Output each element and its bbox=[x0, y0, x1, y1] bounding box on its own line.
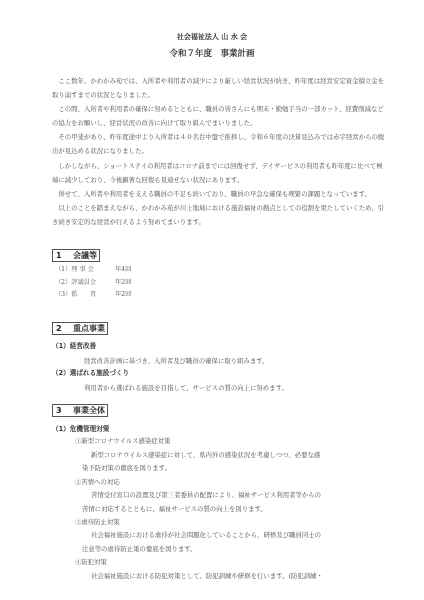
item-text: 苦情受付窓口の設置及び第三者委員の配置により、福祉サービス利用者等からの bbox=[91, 490, 321, 499]
meeting-row: （3）監 査年2回 bbox=[55, 289, 131, 302]
item-title: ①新型コロナウイルス感染症対策 bbox=[75, 436, 170, 445]
intro-paragraph: この間、入所者や利用者の確保に努めるとともに、職員の皆さんにも期末・勤勉手当の一… bbox=[52, 102, 388, 130]
item-title: ②苦情への対応 bbox=[75, 477, 120, 486]
item-text: 注意等の虐待防止策の徹底を図ります。 bbox=[82, 544, 197, 553]
subsection-heading: （1）経営改善 bbox=[52, 340, 96, 350]
intro-paragraph: 併せて、入所者や利用者を支える職員の不足も続いており、職員の早急な確保も喫緊の課… bbox=[52, 187, 388, 201]
page-title: 令和７年度 事業計画 bbox=[0, 47, 424, 59]
meetings-list: （1）理 事 会年4回 （2）評議員会年2回 （3）監 査年2回 bbox=[55, 264, 131, 302]
meeting-row: （2）評議員会年2回 bbox=[55, 277, 131, 290]
item-text: 社会福祉施設における防犯対策として、防犯訓練や研修を行います。(防犯訓練・ bbox=[91, 571, 323, 580]
meeting-label: （3）監 査 bbox=[55, 289, 115, 302]
section-heading-meetings: 1会議等 bbox=[52, 249, 100, 262]
section-title: 事業全体 bbox=[73, 406, 105, 415]
intro-paragraph: その甲斐があり、昨年度途中より入所者は４０名台中盤で推移し、令和６年度の決算見込… bbox=[52, 130, 388, 158]
meeting-frequency: 年2回 bbox=[115, 291, 131, 298]
organization-name: 社会福祉法人 山 水 会 bbox=[0, 32, 424, 42]
section-title: 会議等 bbox=[73, 251, 97, 260]
intro-paragraph: しかしながら、ショートステイの利用者はコロナ前までには回復せず、デイサービスの利… bbox=[52, 159, 388, 187]
meeting-label: （2）評議員会 bbox=[55, 277, 115, 290]
section-title: 重点事業 bbox=[73, 324, 105, 333]
intro-paragraph: ここ数年、かわかみ苑では、入所者や利用者の減少により厳しい経営状況が続き、昨年度… bbox=[52, 74, 388, 102]
intro-section: ここ数年、かわかみ苑では、入所者や利用者の減少により厳しい経営状況が続き、昨年度… bbox=[52, 74, 388, 229]
item-title: ③虐待防止対策 bbox=[75, 517, 120, 526]
document-page: 社会福祉法人 山 水 会 令和７年度 事業計画 ここ数年、かわかみ苑では、入所者… bbox=[0, 0, 424, 600]
section-number: 2 bbox=[56, 323, 73, 334]
subsection-heading: （2）選ばれる施設づくり bbox=[52, 367, 129, 377]
meeting-row: （1）理 事 会年4回 bbox=[55, 264, 131, 277]
meeting-frequency: 年4回 bbox=[115, 266, 131, 273]
item-title: ④防犯対策 bbox=[75, 557, 107, 566]
section-number: 1 bbox=[56, 250, 73, 261]
subsection-text: 経営改善計画に基づき、入所者及び職員の確保に取り組みます。 bbox=[84, 356, 269, 365]
meeting-label: （1）理 事 会 bbox=[55, 264, 115, 277]
section-heading-priority-projects: 2重点事業 bbox=[52, 322, 108, 335]
item-text: 染予防対策の徹底を図ります。 bbox=[82, 463, 171, 472]
meeting-frequency: 年2回 bbox=[115, 279, 131, 286]
item-text: 社会福祉施設における虐待が社会問題化していることから、研修及び職員同士の bbox=[91, 530, 321, 539]
section-number: 3 bbox=[56, 405, 73, 416]
subsection-heading: （1）危機管理対策 bbox=[52, 423, 109, 433]
item-text: 新型コロナウイルス感染症に対して、県内外の感染状況を考慮しつつ、必要な感 bbox=[91, 450, 320, 459]
section-heading-overall-business: 3事業全体 bbox=[52, 404, 108, 417]
intro-paragraph: 以上のことを踏まえながら、かわかみ苑が川上地域における施設福祉の拠点としての役割… bbox=[52, 201, 388, 229]
subsection-text: 利用者から選ばれる施設を目指して、サービスの質の向上に努めます。 bbox=[84, 383, 288, 392]
item-text: 苦情に対応するとともに、福祉サービスの質の向上を図ります。 bbox=[82, 504, 267, 513]
